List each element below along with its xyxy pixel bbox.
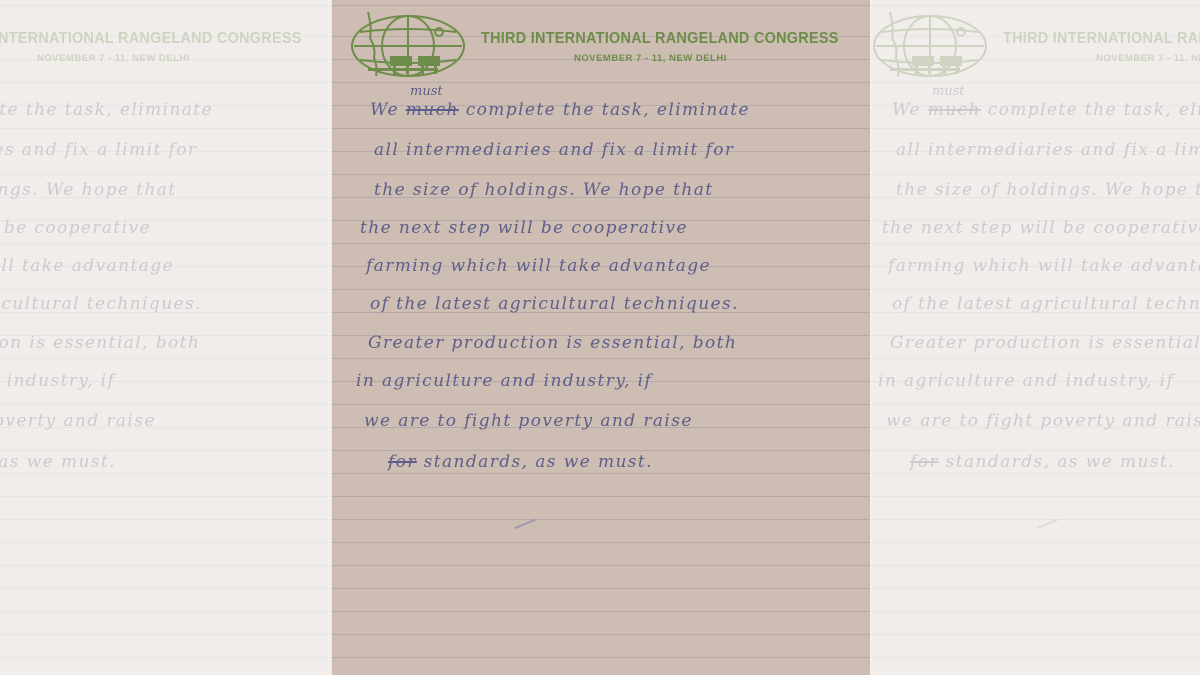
pen-mark (515, 519, 536, 529)
text-line: the size of holdings. We hope that (374, 180, 714, 200)
text-line: in agriculture and industry, if (878, 371, 1174, 391)
text-line: the next step will be cooperative (882, 218, 1200, 238)
text-line: We much complete the task, eliminate (370, 100, 750, 120)
left-faded-panel: THIRD INTERNATIONAL RANGELAND CONGRESS N… (0, 0, 329, 675)
text-line: in agriculture and industry, if (0, 371, 115, 391)
text-line: of the latest agricultural techniques. (892, 294, 1200, 314)
struck-word: for (910, 452, 939, 472)
text-line: in agriculture and industry, if (356, 371, 652, 391)
center-letter-panel: THIRD INTERNATIONAL RANGELAND CONGRESS N… (332, 0, 870, 675)
right-faded-panel: THIRD INTERNATIONAL RANGELAND CONGRESS N… (872, 0, 1200, 675)
text-line: Greater production is essential, both (368, 333, 737, 353)
text-line: We much complete the task, eliminate (0, 100, 213, 120)
struck-word: for (388, 452, 417, 472)
inserted-word: must (410, 84, 443, 99)
text-line: farming which will take advantage (366, 256, 711, 276)
text-line: all intermediaries and fix a limit for (374, 140, 734, 160)
text-line: all intermediaries and fix a limit for (896, 140, 1200, 160)
text-line: the next step will be cooperative (0, 218, 151, 238)
text-line: all intermediaries and fix a limit for (0, 140, 197, 160)
text-line: the size of holdings. We hope that (896, 180, 1200, 200)
letter-page: THIRD INTERNATIONAL RANGELAND CONGRESS N… (872, 0, 1200, 675)
text-line: for standards, as we must. (388, 452, 653, 472)
text-line: of the latest agricultural techniques. (0, 294, 202, 314)
text-line: for standards, as we must. (910, 452, 1175, 472)
panel-divider (329, 0, 331, 675)
handwritten-text: must We much complete the task, eliminat… (872, 0, 1200, 675)
letter-page: THIRD INTERNATIONAL RANGELAND CONGRESS N… (0, 0, 329, 675)
text-line: the next step will be cooperative (360, 218, 688, 238)
pen-mark (1037, 519, 1058, 529)
handwritten-text: must We much complete the task, eliminat… (332, 0, 870, 675)
text-line: Greater production is essential, both (890, 333, 1200, 353)
text-line: farming which will take advantage (888, 256, 1200, 276)
text-line: we are to fight poverty and raise (0, 411, 156, 431)
inserted-word: must (932, 84, 965, 99)
text-line: Greater production is essential, both (0, 333, 200, 353)
struck-word: much (928, 100, 981, 120)
text-line: We much complete the task, eliminate (892, 100, 1200, 120)
text-line: we are to fight poverty and raise (886, 411, 1200, 431)
handwritten-text: must We much complete the task, eliminat… (0, 0, 329, 675)
letter-page: THIRD INTERNATIONAL RANGELAND CONGRESS N… (332, 0, 870, 675)
text-line: the size of holdings. We hope that (0, 180, 177, 200)
text-line: of the latest agricultural techniques. (370, 294, 739, 314)
text-line: we are to fight poverty and raise (364, 411, 693, 431)
struck-word: much (406, 100, 459, 120)
text-line: for standards, as we must. (0, 452, 116, 472)
text-line: farming which will take advantage (0, 256, 174, 276)
